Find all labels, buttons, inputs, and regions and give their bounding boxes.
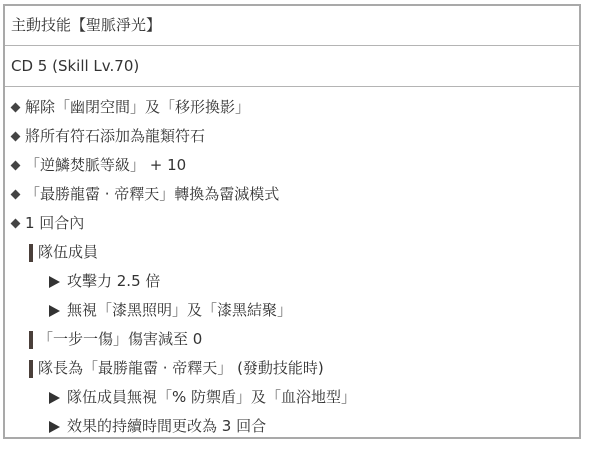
diamond-icon <box>11 103 21 113</box>
triangle-right-icon <box>49 392 60 404</box>
triangle-right-icon <box>49 276 60 288</box>
heading-text: 隊伍成員 <box>38 238 98 267</box>
heading-text: 隊長為「最勝龍霤 · 帝釋天」 (發動技能時) <box>38 354 324 383</box>
diamond-icon <box>11 161 21 171</box>
sub-effect-text: 攻擊力 2.5 倍 <box>67 267 160 296</box>
effect-item: 「最勝龍霤 · 帝釋天」轉換為霤滅模式 <box>11 180 579 209</box>
diamond-icon <box>11 132 21 142</box>
skill-title: 主動技能【聖脈淨光】 <box>11 16 161 34</box>
diamond-icon <box>11 190 21 200</box>
diamond-icon <box>11 219 21 229</box>
sub-effect-item: 攻擊力 2.5 倍 <box>11 267 579 296</box>
sub-effect-text: 效果的持續時間更改為 3 回合 <box>67 412 266 441</box>
sub-effect-text: 無視「漆黑照明」及「漆黑結聚」 <box>67 296 292 325</box>
effect-text: 1 回合內 <box>25 209 84 238</box>
sub-effect-item: 效果的持續時間更改為 3 回合 <box>11 412 579 441</box>
vertical-bar-icon <box>29 331 33 349</box>
effect-text: 解除「幽閉空間」及「移形換影」 <box>25 93 250 122</box>
team-members-heading: 隊伍成員 <box>11 238 579 267</box>
sub-effect-item: 無視「漆黑照明」及「漆黑結聚」 <box>11 296 579 325</box>
skill-title-row: 主動技能【聖脈淨光】 <box>5 6 579 46</box>
triangle-right-icon <box>49 421 60 433</box>
effect-item: 「逆鱗焚脈等級」 + 10 <box>11 151 579 180</box>
effect-item: 解除「幽閉空間」及「移形換影」 <box>11 93 579 122</box>
skill-effects-row: 解除「幽閉空間」及「移形換影」 將所有符石添加為龍類符石 「逆鱗焚脈等級」 + … <box>5 87 579 441</box>
damage-reduction-heading: 「一步一傷」傷害減至 0 <box>11 325 579 354</box>
sub-effect-item: 隊伍成員無視「% 防禦盾」及「血浴地型」 <box>11 383 579 412</box>
effect-item: 1 回合內 <box>11 209 579 238</box>
heading-text: 「一步一傷」傷害減至 0 <box>38 325 202 354</box>
sub-effect-text: 隊伍成員無視「% 防禦盾」及「血浴地型」 <box>67 383 356 412</box>
vertical-bar-icon <box>29 244 33 262</box>
skill-cooldown: CD 5 (Skill Lv.70) <box>11 57 139 75</box>
leader-heading: 隊長為「最勝龍霤 · 帝釋天」 (發動技能時) <box>11 354 579 383</box>
skill-table: 主動技能【聖脈淨光】 CD 5 (Skill Lv.70) 解除「幽閉空間」及「… <box>3 4 581 439</box>
effect-item: 將所有符石添加為龍類符石 <box>11 122 579 151</box>
vertical-bar-icon <box>29 360 33 378</box>
effect-text: 將所有符石添加為龍類符石 <box>25 122 205 151</box>
effect-text: 「逆鱗焚脈等級」 + 10 <box>25 151 186 180</box>
effect-text: 「最勝龍霤 · 帝釋天」轉換為霤滅模式 <box>25 180 279 209</box>
skill-cooldown-row: CD 5 (Skill Lv.70) <box>5 46 579 87</box>
triangle-right-icon <box>49 305 60 317</box>
